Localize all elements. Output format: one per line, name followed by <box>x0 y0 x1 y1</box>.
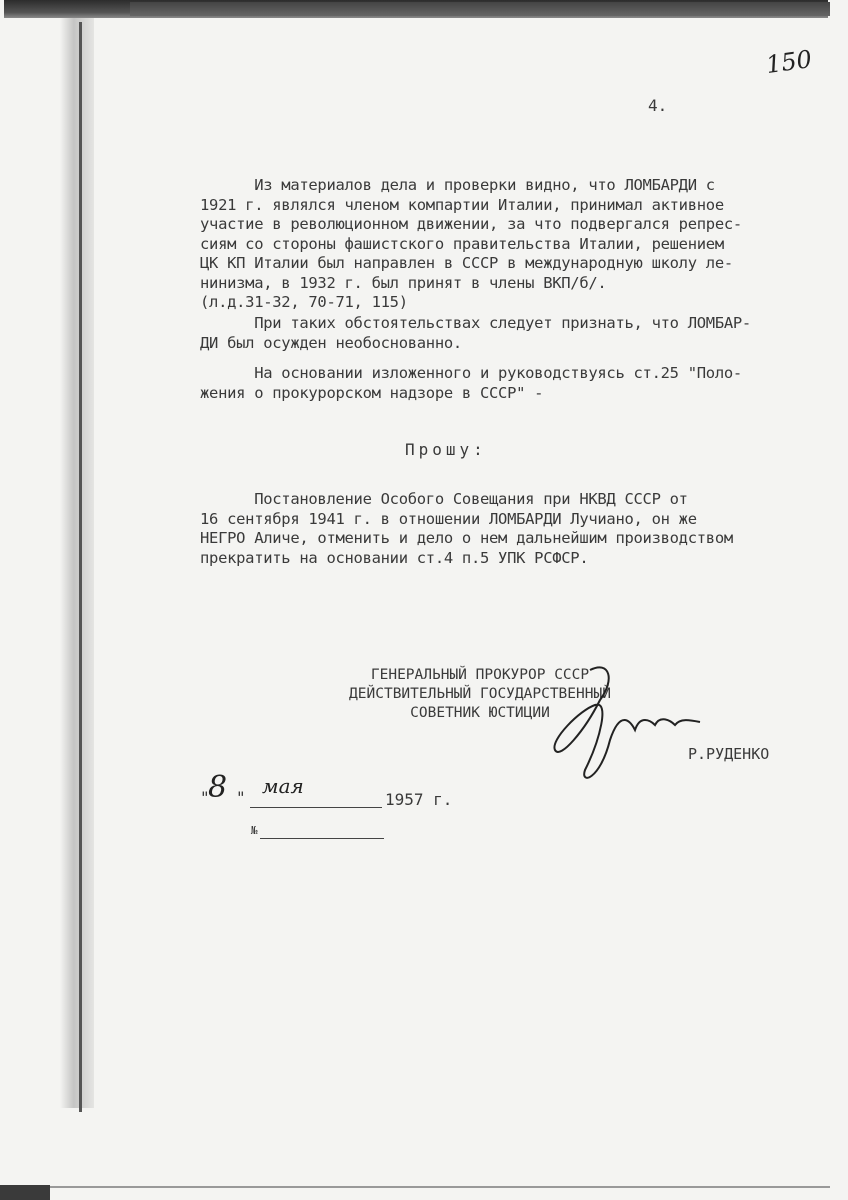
signer-name: Р.РУДЕНКО <box>688 745 769 763</box>
page-number: 4. <box>648 96 667 115</box>
date-month: мая <box>262 774 304 798</box>
binder-bottom-corner <box>0 1185 50 1200</box>
binder-top-edge-right <box>130 2 830 16</box>
number-label: № <box>251 824 258 837</box>
binder-spine-shadow <box>60 18 94 1108</box>
date-underline <box>250 807 382 808</box>
handwritten-signature <box>540 660 710 790</box>
date-day: 8 <box>208 770 227 805</box>
number-underline <box>260 838 384 839</box>
paragraph-membership: Из материалов дела и проверки видно, что… <box>200 176 820 313</box>
paragraph-request: Постановление Особого Совещания при НКВД… <box>200 490 820 568</box>
request-heading: Прошу: <box>405 440 487 459</box>
date-year: 1957 г. <box>385 790 452 809</box>
paragraph-basis: На основании изложенного и руководствуяс… <box>200 364 820 403</box>
paragraph-conclusion: При таких обстоятельствах следует призна… <box>200 314 820 353</box>
page-bottom-edge <box>50 1186 830 1188</box>
date-quote-close: " <box>236 788 246 807</box>
binder-spine-line <box>79 22 82 1112</box>
folio-number: 150 <box>764 45 813 79</box>
